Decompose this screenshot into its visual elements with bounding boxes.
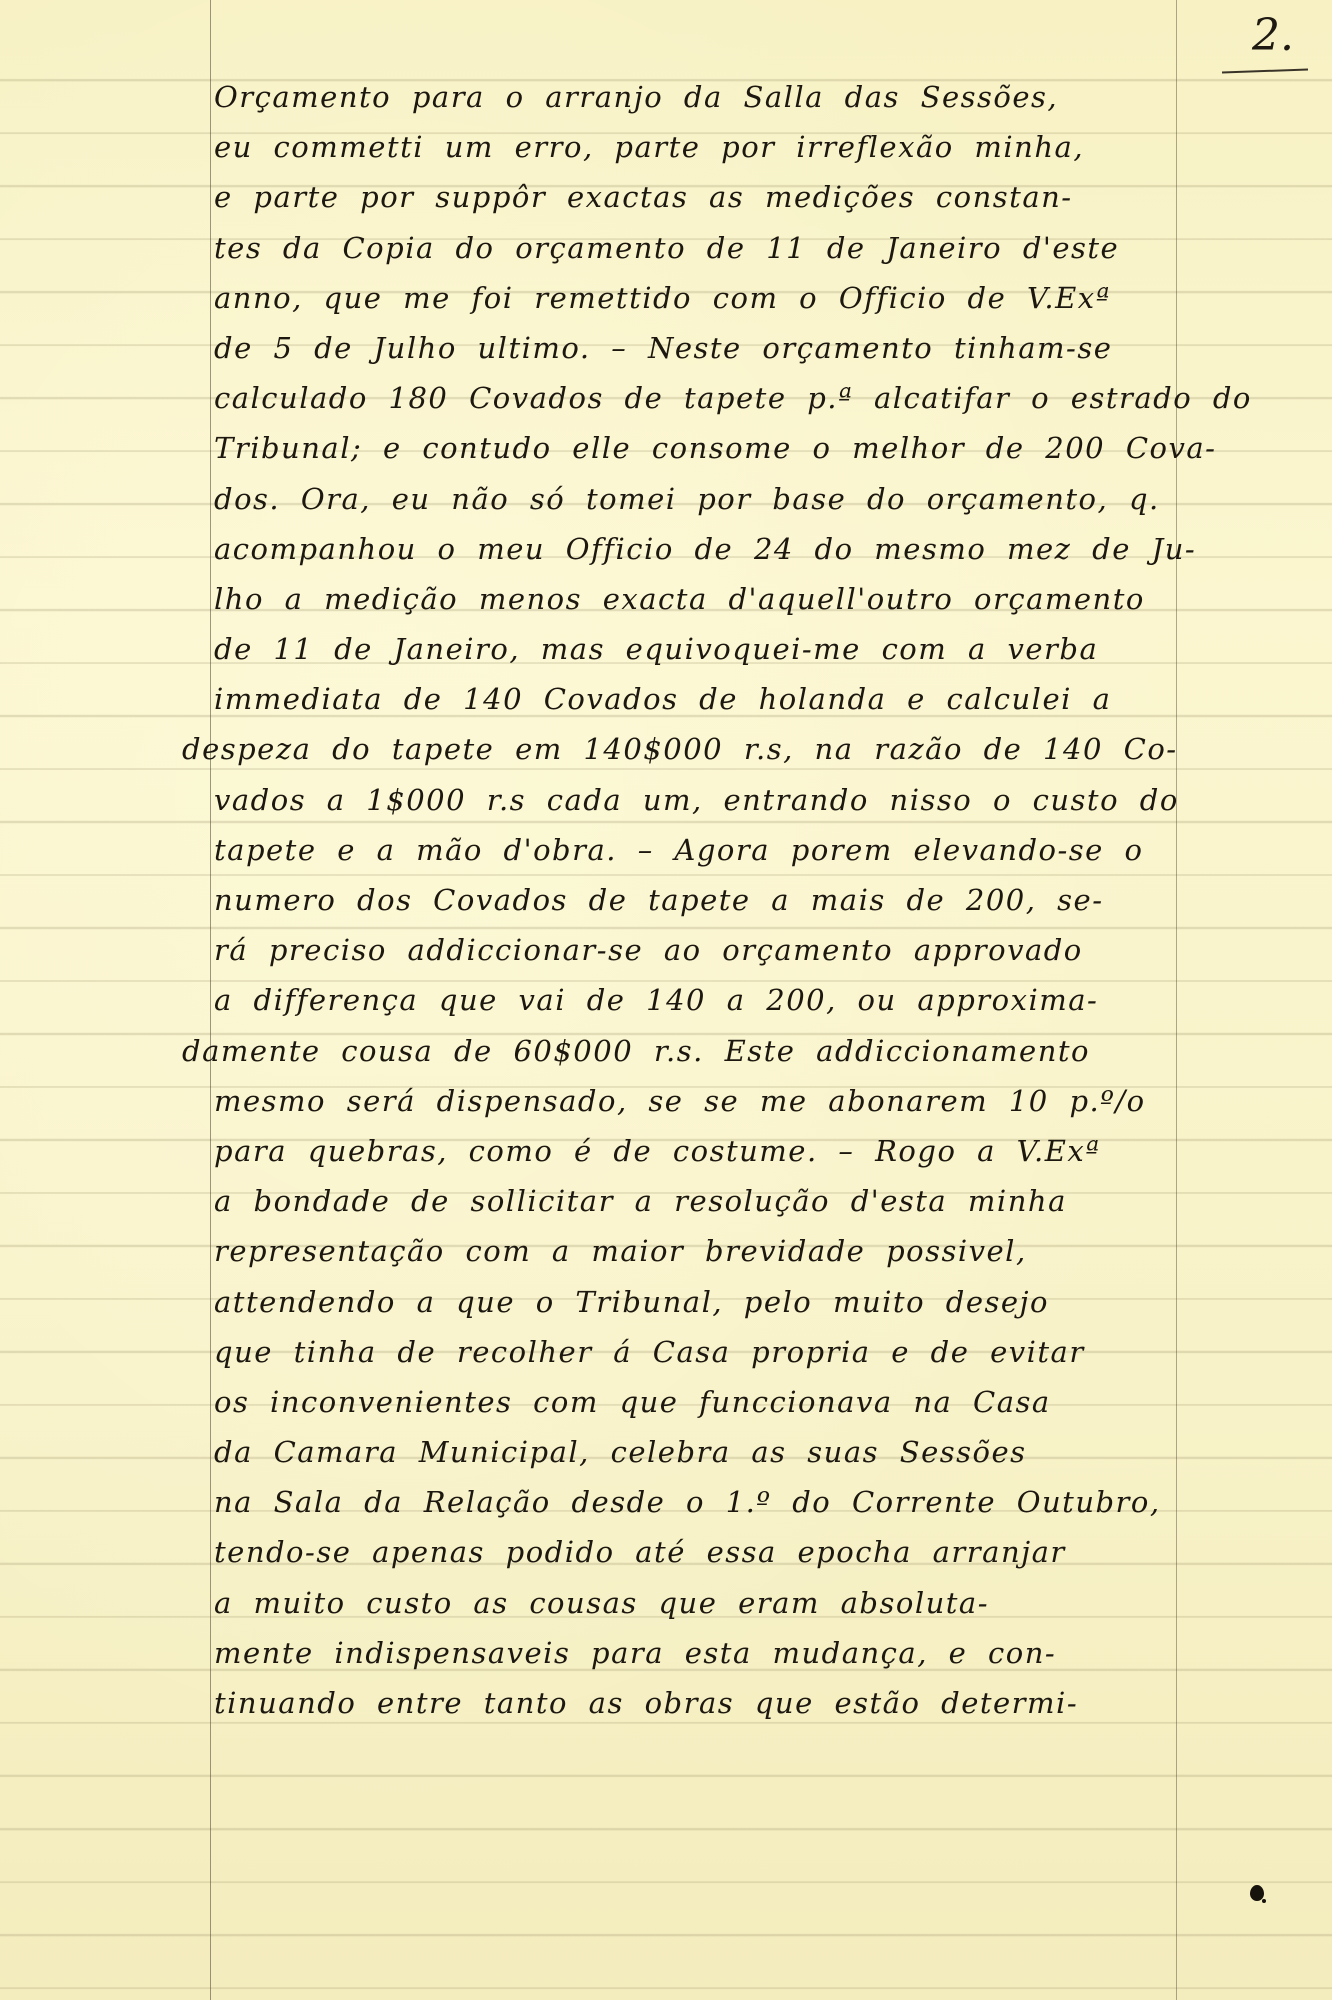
- text-line: a differença que vai de 140 a 200, ou ap…: [214, 975, 1194, 1025]
- text-line: immediata de 140 Covados de holanda e ca…: [214, 674, 1194, 724]
- text-line: despeza do tapete em 140$000 r.s, na raz…: [182, 724, 1194, 774]
- text-line: acompanhou o meu Officio de 24 do mesmo …: [214, 524, 1194, 574]
- left-margin-line: [210, 0, 211, 2000]
- text-line: lho a medição menos exacta d'aquell'outr…: [214, 574, 1194, 624]
- text-line: dos. Ora, eu não só tomei por base do or…: [214, 474, 1194, 524]
- text-line: numero dos Covados de tapete a mais de 2…: [214, 875, 1194, 925]
- handwritten-body: Orçamento para o arranjo da Salla das Se…: [214, 72, 1194, 1728]
- text-line: tapete e a mão d'obra. – Agora porem ele…: [214, 825, 1194, 875]
- text-line: mesmo será dispensado, se se me abonarem…: [214, 1076, 1194, 1126]
- page-number: 2.: [1252, 10, 1294, 61]
- text-line: calculado 180 Covados de tapete p.ª alca…: [214, 373, 1194, 423]
- text-line: a bondade de sollicitar a resolução d'es…: [214, 1176, 1194, 1226]
- text-line: na Sala da Relação desde o 1.º do Corren…: [214, 1477, 1194, 1527]
- text-line: que tinha de recolher á Casa propria e d…: [214, 1327, 1194, 1377]
- text-line: e parte por suppôr exactas as medições c…: [214, 172, 1194, 222]
- text-line: tinuando entre tanto as obras que estão …: [214, 1678, 1194, 1728]
- text-line: vados a 1$000 r.s cada um, entrando niss…: [214, 775, 1194, 825]
- text-line: Tribunal; e contudo elle consome o melho…: [214, 423, 1194, 473]
- text-line: anno, que me foi remettido com o Officio…: [214, 273, 1194, 323]
- text-line: de 5 de Julho ultimo. – Neste orçamento …: [214, 323, 1194, 373]
- text-line: representação com a maior brevidade poss…: [214, 1226, 1194, 1276]
- ink-blot: [1250, 1885, 1264, 1901]
- text-line: de 11 de Janeiro, mas equivoquei-me com …: [214, 624, 1194, 674]
- manuscript-page: 2. Orçamento para o arranjo da Salla das…: [0, 0, 1332, 2000]
- text-line: tendo-se apenas podido até essa epocha a…: [214, 1527, 1194, 1577]
- text-line: tes da Copia do orçamento de 11 de Janei…: [214, 223, 1194, 273]
- text-line: da Camara Municipal, celebra as suas Ses…: [214, 1427, 1194, 1477]
- text-line: Orçamento para o arranjo da Salla das Se…: [214, 72, 1194, 122]
- text-line: damente cousa de 60$000 r.s. Este addicc…: [182, 1026, 1194, 1076]
- text-line: eu commetti um erro, parte por irreflexã…: [214, 122, 1194, 172]
- text-line: os inconvenientes com que funccionava na…: [214, 1377, 1194, 1427]
- text-line: mente indispensaveis para esta mudança, …: [214, 1628, 1194, 1678]
- text-line: attendendo a que o Tribunal, pelo muito …: [214, 1277, 1194, 1327]
- text-line: rá preciso addiccionar-se ao orçamento a…: [214, 925, 1194, 975]
- text-line: a muito custo as cousas que eram absolut…: [214, 1578, 1194, 1628]
- text-line: para quebras, como é de costume. – Rogo …: [214, 1126, 1194, 1176]
